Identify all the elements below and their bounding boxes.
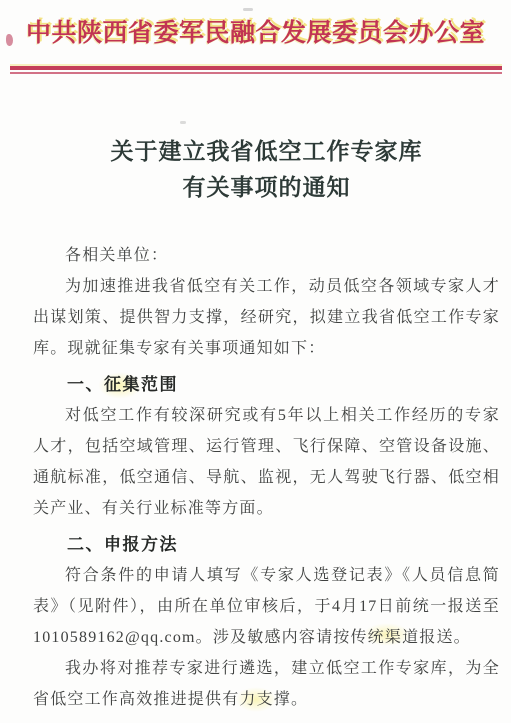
letterhead-divider xyxy=(10,66,502,74)
intro-paragraph: 为加速推进我省低空有关工作，动员低空各领域专家人才出谋划策、提供智力支撑，经研究… xyxy=(33,271,500,364)
closing-paragraph: 我办将对推荐专家进行遴选，建立低空工作专家库，为全省低空工作高效推进提供有力支撑… xyxy=(33,653,500,715)
issuing-org-name: 中共陕西省委军民融合发展委员会办公室 xyxy=(0,14,511,54)
section-2-heading: 二、申报方法 xyxy=(33,529,500,560)
section-2-content: 符合条件的申请人填写《专家人选登记表》《人员信息简表》（见附件），由所在单位审核… xyxy=(33,560,500,653)
section-1-content: 对低空工作有较深研究或有5年以上相关工作经历的专家人才，包括空域管理、运行管理、… xyxy=(33,400,500,524)
scan-speck xyxy=(243,8,253,11)
salutation: 各相关单位： xyxy=(33,240,500,271)
section-1-heading: 一、征集范围 xyxy=(33,369,500,400)
document-title-line-2: 有关事项的通知 xyxy=(33,169,500,205)
document-body: 各相关单位： 为加速推进我省低空有关工作，动员低空各领域专家人才出谋划策、提供智… xyxy=(33,240,500,715)
document-title-line-1: 关于建立我省低空工作专家库 xyxy=(33,133,500,169)
scan-speck xyxy=(180,121,186,124)
divider-thin-line xyxy=(10,72,502,74)
document-title: 关于建立我省低空工作专家库 有关事项的通知 xyxy=(33,133,500,205)
divider-thick-line xyxy=(10,66,502,70)
scanned-notice-page: 中共陕西省委军民融合发展委员会办公室 关于建立我省低空工作专家库 有关事项的通知… xyxy=(0,0,511,723)
